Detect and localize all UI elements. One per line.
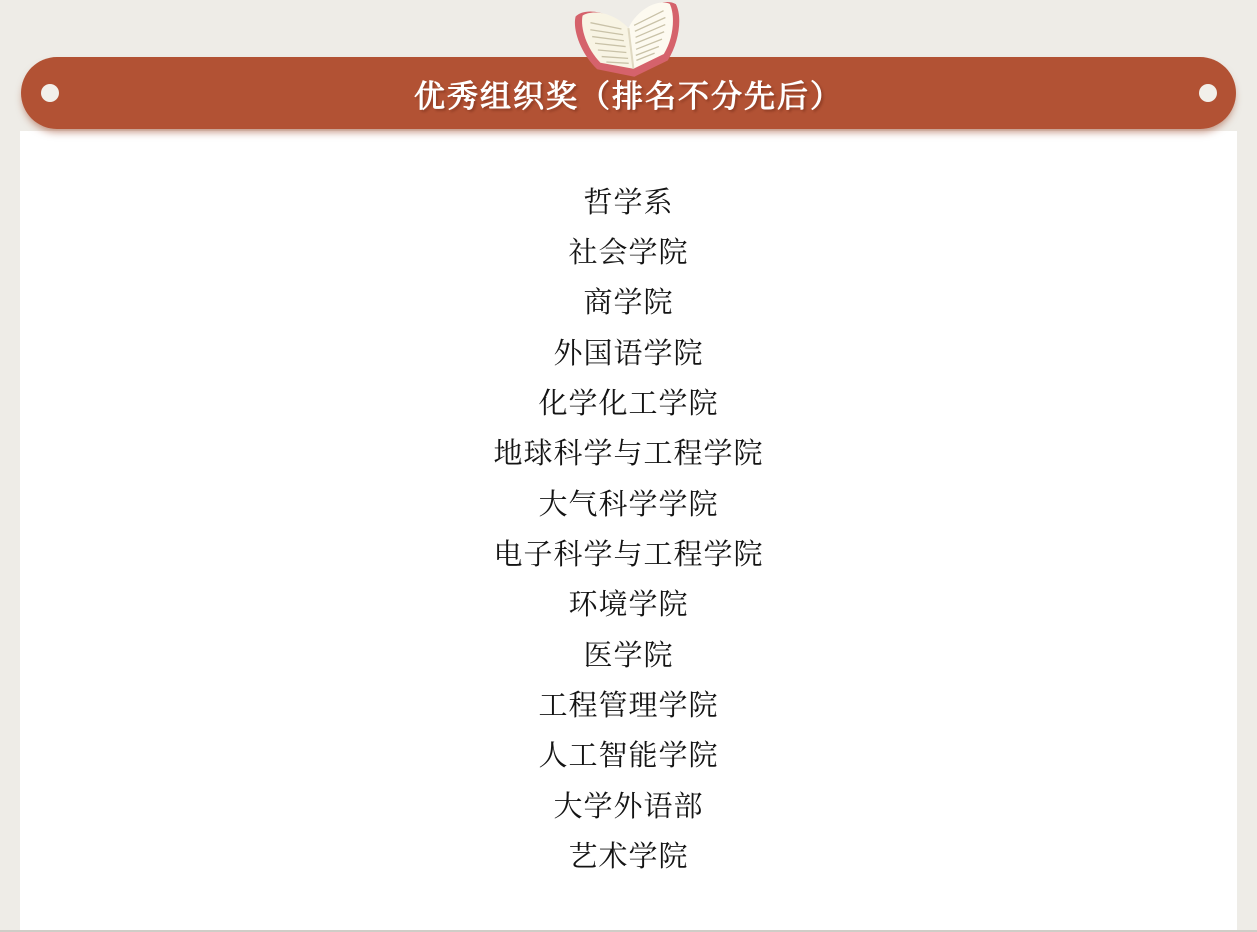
award-list-item: 化学化工学院 bbox=[20, 376, 1237, 426]
award-list-card: 哲学系 社会学院 商学院 外国语学院 化学化工学院 地球科学与工程学院 大气科学… bbox=[20, 131, 1237, 930]
page: 优秀组织奖（排名不分先后） 哲学系 社会学院 商学院 外国语学院 化学化工学院 … bbox=[0, 0, 1257, 932]
award-list-item: 哲学系 bbox=[20, 175, 1237, 225]
award-list: 哲学系 社会学院 商学院 外国语学院 化学化工学院 地球科学与工程学院 大气科学… bbox=[20, 131, 1237, 880]
banner-dot-left bbox=[41, 84, 59, 102]
award-list-item: 电子科学与工程学院 bbox=[20, 527, 1237, 577]
award-list-item: 社会学院 bbox=[20, 225, 1237, 275]
award-list-item: 人工智能学院 bbox=[20, 729, 1237, 779]
award-list-item: 工程管理学院 bbox=[20, 678, 1237, 728]
award-list-item: 艺术学院 bbox=[20, 829, 1237, 879]
award-list-item: 地球科学与工程学院 bbox=[20, 427, 1237, 477]
award-list-item: 医学院 bbox=[20, 628, 1237, 678]
award-list-item: 大学外语部 bbox=[20, 779, 1237, 829]
award-list-item: 商学院 bbox=[20, 276, 1237, 326]
award-list-item: 外国语学院 bbox=[20, 326, 1237, 376]
award-list-item: 大气科学学院 bbox=[20, 477, 1237, 527]
award-list-item: 环境学院 bbox=[20, 578, 1237, 628]
banner-dot-right bbox=[1199, 84, 1217, 102]
open-book-icon bbox=[572, 0, 688, 82]
